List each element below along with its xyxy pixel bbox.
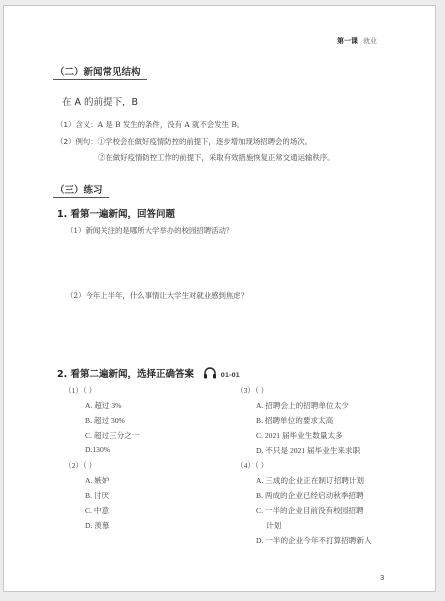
meaning-text: A 是 B 发生的条件，没有 A 就不会发生 B。 [98, 120, 245, 129]
exercise1-heading: 1. 看第一遍新闻，回答问题 [57, 206, 175, 220]
mc-q3-option-b[interactable]: B. 招聘单位的要求太高 [256, 415, 333, 426]
exercise1-question-2: （2）今年上半年，什么事情让大学生对就业感到焦虑？ [66, 290, 248, 301]
mc-q1-option-a[interactable]: A. 超过 3% [85, 400, 122, 411]
mc-question-4-label[interactable]: （4）（ ） [236, 460, 268, 471]
mc-question-2-label[interactable]: （2）（ ） [64, 460, 96, 471]
mc-q1-option-d[interactable]: D.130% [85, 445, 110, 454]
example-text-1: ①学校会在做好疫情防控的前提下，逐步增加现场招聘会的场次。 [98, 137, 312, 146]
mc-q1-option-c[interactable]: C. 超过三分之一 [85, 430, 139, 441]
mc-q2-option-c[interactable]: C. 中意 [85, 505, 109, 516]
exercise2-heading: 2. 看第二遍新闻，选择正确答案 01-01 [57, 366, 240, 382]
exercise2-heading-text: 2. 看第二遍新闻，选择正确答案 [57, 369, 194, 380]
meaning-label: （1）含义： [56, 120, 98, 129]
mc-q4-option-c-continued: 计划 [266, 520, 281, 531]
exercise1-question-1: （1）新闻关注的是哪所大学举办的校园招聘活动？ [66, 225, 233, 236]
mc-q4-option-c[interactable]: C. 一半的企业目前没有校园招聘 [256, 505, 364, 516]
example-label: （2）例句： [56, 137, 98, 146]
mc-q2-option-b[interactable]: B. 讨厌 [85, 490, 109, 501]
mc-question-1-label[interactable]: （1）（ ） [64, 385, 96, 396]
meaning-line: （1）含义：A 是 B 发生的条件，没有 A 就不会发生 B。 [56, 119, 244, 130]
mc-q1-option-b[interactable]: B. 超过 30% [85, 415, 125, 426]
mc-q3-option-c[interactable]: C. 2021 届毕业生数量太多 [256, 430, 343, 441]
lesson-label: 第一课 [337, 37, 358, 45]
example-text-2: ②在做好疫情防控工作的前提下，采取有效措施恢复正常交通运输秩序。 [98, 152, 335, 163]
section-title-exercise: （三）练习 [53, 182, 109, 198]
example-line-1: （2）例句：①学校会在做好疫情防控的前提下，逐步增加现场招聘会的场次。 [56, 136, 312, 147]
mc-q4-option-d[interactable]: D. 一半的企业今年不打算招聘新人 [256, 535, 372, 546]
mc-q2-option-a[interactable]: A. 嫉妒 [85, 475, 109, 486]
page-header: 第一课就业 [337, 36, 377, 46]
page-number: 3 [380, 574, 384, 582]
mc-q3-option-a[interactable]: A. 招聘会上的招聘单位太少 [256, 400, 349, 411]
mc-q4-option-a[interactable]: A. 三成的企业正在制订招聘计划 [256, 475, 364, 486]
headphones-icon[interactable] [203, 367, 217, 382]
audio-track-code: 01-01 [221, 372, 240, 379]
mc-q2-option-d[interactable]: D. 羡慕 [85, 520, 109, 531]
structure-formula: 在 A 的前提下，B [62, 94, 138, 108]
mc-q4-option-b[interactable]: B. 两成的企业已经启动秋季招聘 [256, 490, 364, 501]
section-title-structure: （二）新闻常见结构 [53, 64, 147, 80]
lesson-topic: 就业 [363, 37, 377, 45]
mc-q3-option-d[interactable]: D. 不只是 2021 届毕业生来求职 [256, 445, 360, 456]
mc-question-3-label[interactable]: （3）（ ） [236, 385, 268, 396]
